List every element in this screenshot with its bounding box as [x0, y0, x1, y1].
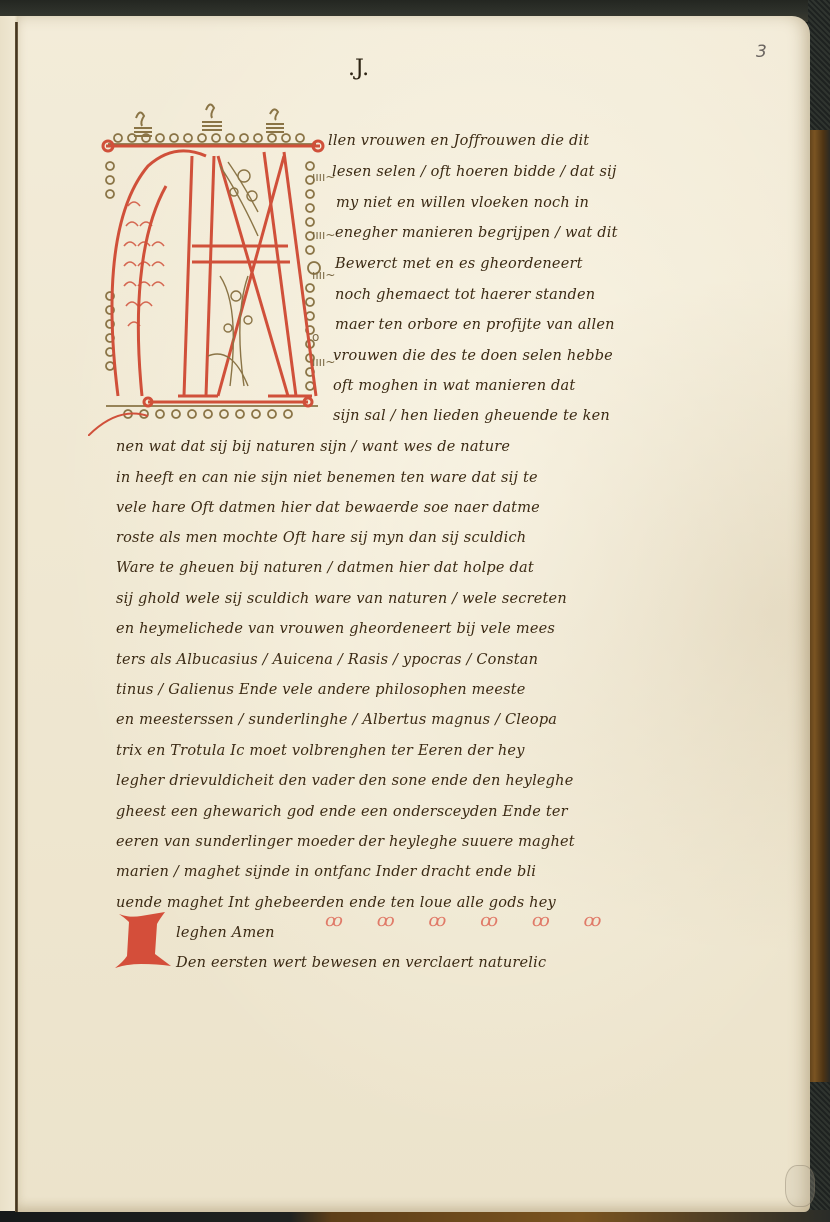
text-line: enegher manieren begrijpen / wat dit [335, 225, 618, 241]
text-line: roste als men mochte Oft hare sij myn da… [116, 530, 526, 546]
text-line: in heeft en can nie sijn niet benemen te… [116, 470, 538, 486]
text-line: oft moghen in wat manieren dat [333, 378, 575, 394]
text-line: en heymelichede van vrouwen gheordeneert… [116, 621, 555, 637]
text-line: llen vrouwen en Joffrouwen die dit [328, 133, 589, 149]
text-line: trix en Trotula Ic moet volbrenghen ter … [116, 743, 525, 759]
page-stain [785, 1165, 815, 1207]
text-line: Den eersten wert bewesen en verclaert na… [176, 955, 546, 971]
text-line: lesen selen / oft hoeren bidde / dat sij [332, 164, 617, 180]
text-line: marien / maghet sijnde in ontfanc Inder … [116, 864, 536, 880]
text-line: Bewerct met en es gheordeneert [335, 256, 583, 272]
text-line: nen wat dat sij bij naturen sijn / want … [116, 439, 510, 455]
text-line: legher drievuldicheit den vader den sone… [116, 773, 574, 789]
text-line: noch ghemaect tot haerer standen [335, 287, 595, 303]
text-line: sij ghold wele sij sculdich ware van nat… [116, 591, 567, 607]
text-line: gheest een ghewarich god ende een onders… [116, 804, 568, 820]
text-line: my niet en willen vloeken noch in [336, 195, 589, 211]
text-line: uende maghet Int ghebeerden ende ten lou… [116, 895, 556, 911]
text-line: eeren van sunderlinger moeder der heyleg… [116, 834, 575, 850]
text-line: leghen Amen [176, 925, 275, 941]
text-line: vele hare Oft datmen hier dat bewaerde s… [116, 500, 540, 516]
text-line: maer ten orbore en profijte van allen [335, 317, 615, 333]
text-line: en meesterssen / sunderlinghe / Albertus… [116, 712, 557, 728]
red-line-filler: ꝏ ꝏ ꝏ ꝏ ꝏ ꝏ [325, 910, 616, 931]
text-line: vrouwen die des te doen selen hebbe [333, 348, 613, 364]
text-line: sijn sal / hen lieden gheuende te ken [333, 408, 610, 424]
manuscript-text: llen vrouwen en Joffrouwen die dit lesen… [0, 0, 830, 1222]
text-line: tinus / Galienus Ende vele andere philos… [116, 682, 526, 698]
text-line: Ware te gheuen bij naturen / datmen hier… [116, 560, 534, 576]
text-line: ters als Albucasius / Auicena / Rasis / … [116, 652, 538, 668]
